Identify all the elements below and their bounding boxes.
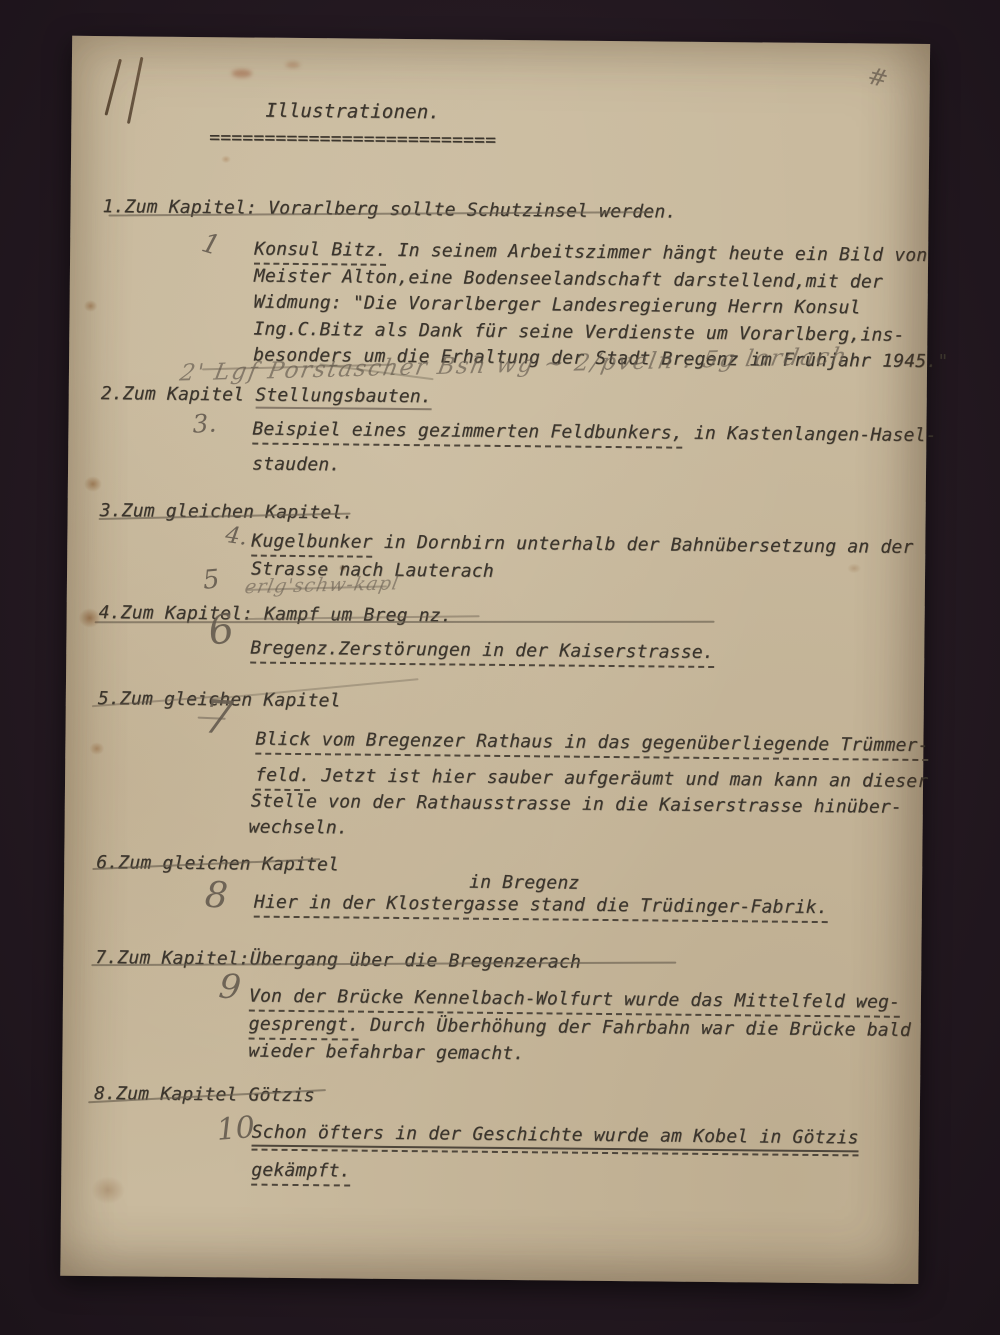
typed-line: Meister Alton,eine Bodenseelandschaft da… (254, 266, 883, 293)
section-heading: 2.Zum Kapitel Stellungsbauten. (101, 383, 432, 407)
margin-number-handwritten: 10 (215, 1110, 256, 1148)
stain-spot (79, 608, 101, 628)
stain-spot (286, 62, 300, 68)
typed-line: Konsul Bitz. In seinem Arbeitszimmer hän… (254, 239, 927, 266)
stain-spot (221, 155, 231, 163)
margin-number-handwritten: 5 (202, 564, 221, 595)
stain-spot (232, 69, 252, 77)
pencil-strikethrough (95, 621, 715, 624)
stain-spot (847, 563, 861, 573)
ink-stroke (127, 57, 144, 124)
typed-line: Stelle von der Rathausstrasse in die Kai… (251, 791, 902, 818)
margin-number-handwritten: 4. (224, 522, 250, 551)
page-backdrop: { "colors":{"paper":"#c9ba9e","backdrop"… (0, 0, 1000, 1335)
typed-line: wechseln. (249, 817, 349, 839)
insertion-note: in Bregenz (469, 872, 580, 894)
stain-spot (89, 742, 104, 755)
hash-mark: # (865, 61, 891, 93)
typed-line: Blick vom Bregenzer Rathaus in das gegen… (255, 729, 928, 756)
typed-line: Bregenz.Zerstörungen in der Kaiserstrass… (250, 638, 714, 663)
typed-line: wieder befahrbar gemacht. (248, 1041, 524, 1065)
typed-line: stauden. (252, 454, 340, 476)
section-heading: 7.Zum Kapitel:Übergang über die Bregenze… (95, 947, 581, 973)
stain-spot (91, 1176, 125, 1204)
typed-line: Hier in der Klostergasse stand die Trüdi… (254, 892, 828, 919)
margin-number-handwritten: 8 (204, 875, 229, 917)
stain-spot (84, 476, 102, 492)
typed-line: Kugelbunker in Dornbirn unterhalb der Ba… (251, 531, 913, 558)
typed-line: Von der Brücke Kennelbach-Wolfurt wurde … (249, 986, 900, 1013)
margin-number-handwritten: 1 (198, 227, 223, 262)
margin-number-handwritten: 9 (217, 966, 243, 1008)
typed-line: gekämpft. (251, 1160, 351, 1182)
typed-line: Beispiel eines gezimmerten Feldbunkers, … (252, 419, 936, 447)
page-title: Illustrationen. (265, 100, 440, 124)
typed-line: feld. Jetzt ist hier sauber aufgeräumt u… (255, 765, 928, 792)
document-page: # Illustrationen. ======================… (60, 36, 930, 1284)
section-heading: 1.Zum Kapitel: Vorarlberg sollte Schutzi… (102, 196, 676, 223)
typed-line: Schon öfters in der Geschichte wurde am … (252, 1122, 859, 1149)
ink-stroke (104, 59, 121, 116)
typed-line: Widmung: "Die Vorarlberger Landesregieru… (254, 292, 861, 319)
title-underline: ========================== (209, 127, 496, 151)
margin-number-handwritten: 3. (192, 408, 218, 438)
section-heading: 3.Zum gleichen Kapitel. (100, 500, 354, 523)
stain-spot (84, 300, 98, 312)
typed-line: Ing.C.Bitz als Dank für seine Verdienste… (253, 319, 904, 346)
typed-line: gesprengt. Durch Überhöhung der Fahrbahn… (249, 1014, 911, 1041)
